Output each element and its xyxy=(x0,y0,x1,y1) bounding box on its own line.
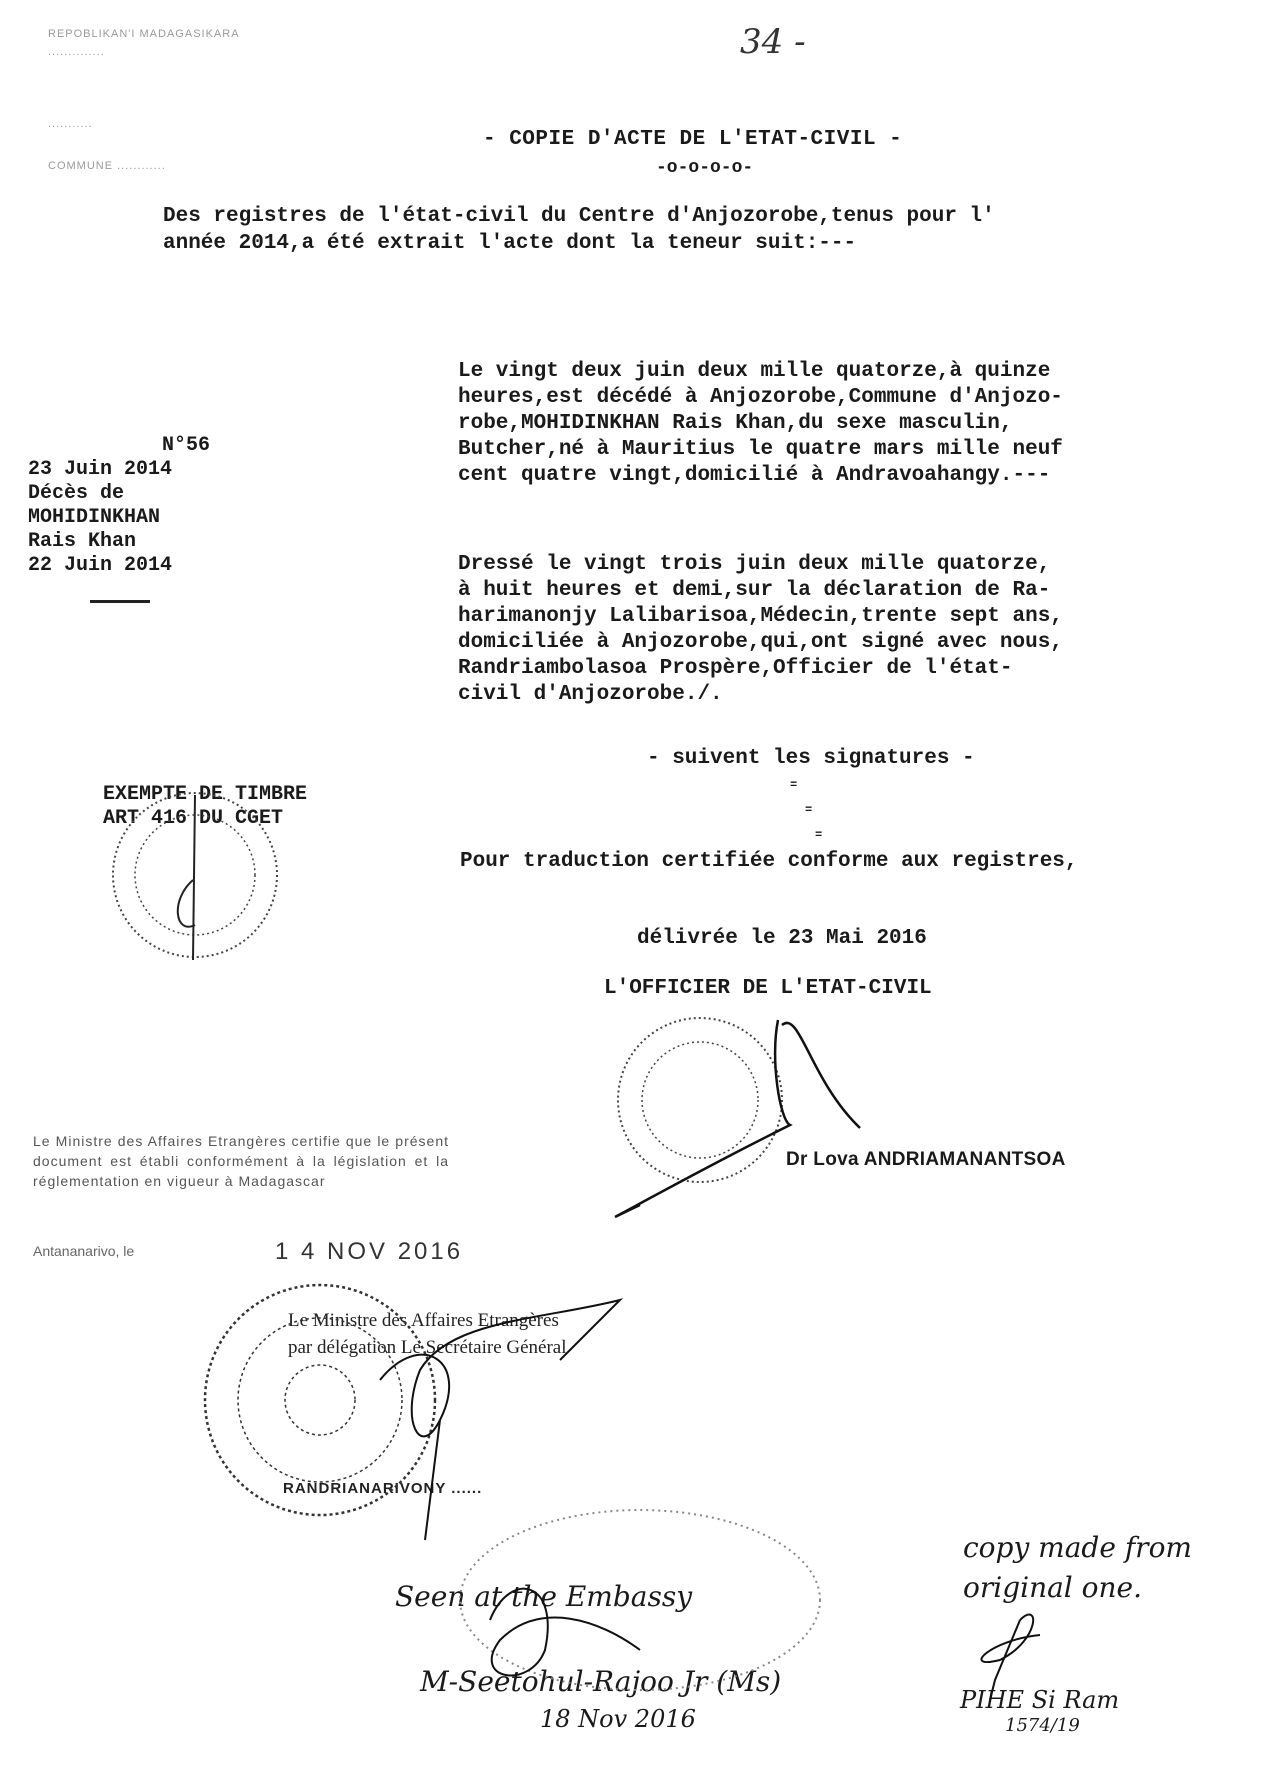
attestation-name: PIHE Si Ram xyxy=(960,1686,1119,1714)
issuing-office-header: REPOBLIKAN'I MADAGASIKARA ..............… xyxy=(48,28,240,172)
minister-signatory-name: RANDRIANARIVONY ...... xyxy=(283,1480,482,1497)
act-line: civil d'Anjozorobe./. xyxy=(458,682,1063,708)
intro-line: année 2014,a été extrait l'acte dont la … xyxy=(163,230,995,257)
act-line: robe,MOHIDINKHAN Rais Khan,du sexe mascu… xyxy=(458,411,1063,437)
document-title: - COPIE D'ACTE DE L'ETAT-CIVIL - xyxy=(483,128,902,151)
copy-line: original one. xyxy=(963,1568,1192,1608)
issuing-office-line: COMMUNE ............ xyxy=(48,160,240,172)
margin-line: Rais Khan xyxy=(28,530,210,554)
officer-signature-icon xyxy=(615,1020,860,1217)
act-line: à huit heures et demi,sur la déclaration… xyxy=(458,578,1063,604)
legalization-place: Antananarivo, le xyxy=(33,1243,134,1259)
officer-title: L'OFFICIER DE L'ETAT-CIVIL xyxy=(604,977,932,1000)
margin-line: 22 Juin 2014 xyxy=(28,554,210,578)
act-line: heures,est décédé à Anjozorobe,Commune d… xyxy=(458,385,1063,411)
margin-line: MOHIDINKHAN xyxy=(28,506,210,530)
copy-attestation: copy made from original one. xyxy=(963,1528,1192,1608)
margin-line: 23 Juin 2014 xyxy=(28,458,210,482)
legalization-statement: Le Ministre des Affaires Etrangères cert… xyxy=(33,1131,449,1191)
issuing-office-line: REPOBLIKAN'I MADAGASIKARA xyxy=(48,28,240,40)
act-line: Butcher,né à Mauritius le quatre mars mi… xyxy=(458,437,1063,463)
seals-and-signatures xyxy=(0,0,1280,1777)
act-paragraph-1: Le vingt deux juin deux mille quatorze,à… xyxy=(458,359,1063,489)
equals-mark: = xyxy=(815,828,822,842)
margin-annotation: N°56 23 Juin 2014 Décès de MOHIDINKHAN R… xyxy=(28,434,210,578)
act-line: Le vingt deux juin deux mille quatorze,à… xyxy=(458,359,1063,385)
translation-certification: Pour traduction certifiée conforme aux r… xyxy=(460,850,1078,873)
title-decoration: -o-o-o-o- xyxy=(656,158,753,178)
exempt-line: EXEMPTE DE TIMBRE xyxy=(103,783,307,807)
minister-signatory-line: par délégation Le Secrétaire Général xyxy=(288,1337,567,1359)
act-line: cent quatre vingt,domicilié à Andravoaha… xyxy=(458,463,1063,489)
officer-seal-icon xyxy=(618,1018,782,1182)
act-paragraph-2: Dressé le vingt trois juin deux mille qu… xyxy=(458,552,1063,708)
attestation-number: 1574/19 xyxy=(1005,1715,1080,1736)
embassy-date: 18 Nov 2016 xyxy=(540,1705,696,1733)
delivery-date: délivrée le 23 Mai 2016 xyxy=(637,927,927,950)
embassy-official-name: M-Seetohul-Rajoo Jr (Ms) xyxy=(420,1665,781,1698)
minister-signatory-line: Le Ministre des Affaires Etrangères xyxy=(288,1310,559,1332)
officer-name: Dr Lova ANDRIAMANANTSOA xyxy=(786,1149,1066,1171)
act-line: Dressé le vingt trois juin deux mille qu… xyxy=(458,552,1063,578)
legalization-stamp-date: 1 4 NOV 2016 xyxy=(275,1238,463,1266)
act-number: N°56 xyxy=(28,434,210,458)
act-line: Randriambolasoa Prospère,Officier de l'é… xyxy=(458,656,1063,682)
margin-line: Décès de xyxy=(28,482,210,506)
equals-mark: = xyxy=(790,778,797,792)
issuing-office-line: .............. xyxy=(48,46,240,58)
intro-line: Des registres de l'état-civil du Centre … xyxy=(163,203,995,230)
embassy-note: Seen at the Embassy xyxy=(395,1580,692,1613)
page-number: 34 - xyxy=(740,22,806,62)
copy-line: copy made from xyxy=(963,1528,1192,1568)
exempt-line: ART 416 DU CGET xyxy=(103,807,307,831)
stamp-exemption: EXEMPTE DE TIMBRE ART 416 DU CGET xyxy=(103,783,307,831)
margin-divider xyxy=(90,600,150,603)
signatures-note: - suivent les signatures - xyxy=(647,747,975,770)
act-line: domiciliée à Anjozorobe,qui,ont signé av… xyxy=(458,630,1063,656)
intro-text: Des registres de l'état-civil du Centre … xyxy=(163,203,995,257)
equals-mark: = xyxy=(805,803,812,817)
ministry-signature-icon xyxy=(380,1300,620,1540)
issuing-office-line: ........... xyxy=(48,118,240,130)
act-line: harimanonjy Lalibarisoa,Médecin,trente s… xyxy=(458,604,1063,630)
